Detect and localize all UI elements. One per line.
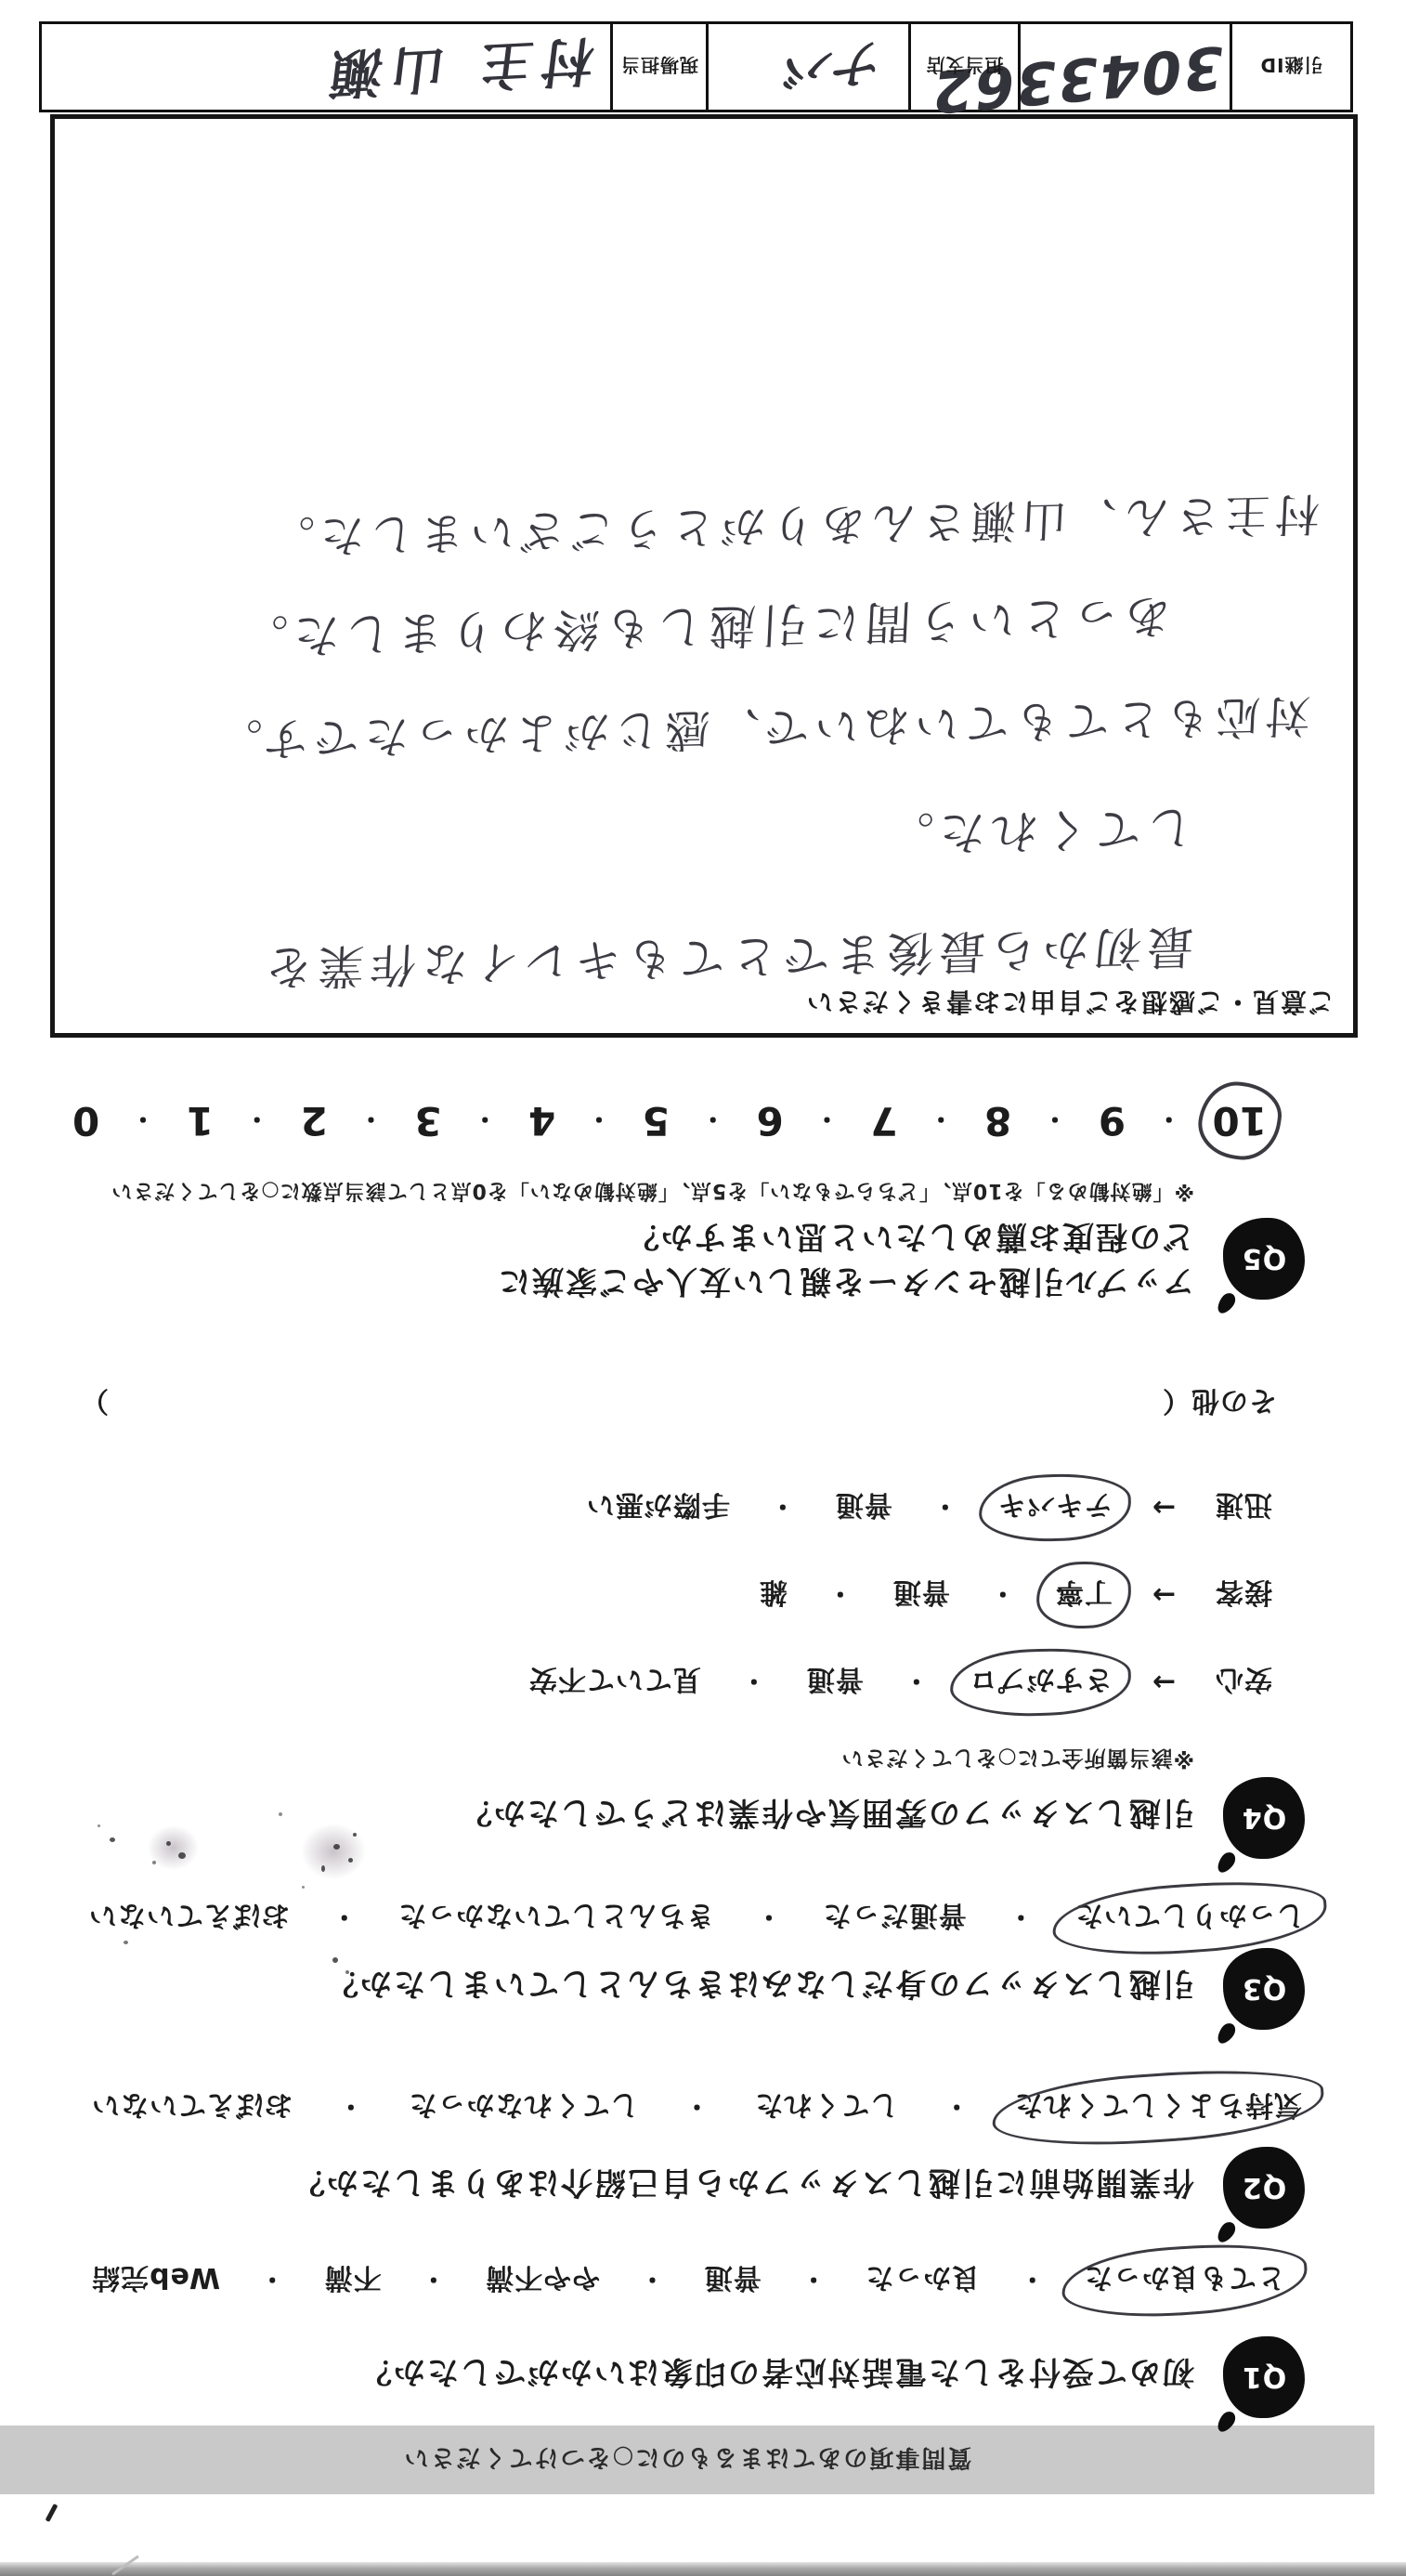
q4-other-row: その他（ ） — [80, 1383, 1277, 1424]
separator-dot: ・ — [1007, 1900, 1034, 1937]
q5-heading-line2: どの程度お薦めしたいと思いますか？ — [626, 1217, 1194, 1262]
id-value-cell: 3043362 — [1018, 24, 1230, 110]
q4-row-label: 迅速 — [1215, 1487, 1272, 1528]
q3-option-selected: しっかりしていた — [1074, 1898, 1305, 1939]
q1-option: やや不満 — [485, 2260, 600, 2301]
scan-edge-shadow — [0, 2562, 1406, 2576]
staff-value-cell: 村主 山瀬 — [42, 24, 610, 110]
separator-dot: ・ — [755, 1900, 782, 1937]
separator-dot: ・ — [683, 2089, 710, 2126]
q5-heading-line1: アップル引越センターを親しい友人やご家族に — [497, 1262, 1194, 1307]
arrow-icon: → — [1152, 1579, 1176, 1612]
separator-dot: ・ — [740, 1664, 767, 1701]
separator-dot: ・ — [337, 2089, 364, 2126]
q4-row-option: 普通 — [806, 1662, 864, 1703]
q1-option: 普通 — [704, 2260, 762, 2301]
q5-scale-row: 10 ・ 9 ・ 8 ・ 7 ・ 6 ・ 5 ・ 4 ・ 3 ・ 2 ・ 1 ・… — [72, 1098, 1267, 1144]
q5-badge-label: Q5 — [1242, 1243, 1286, 1275]
hikitsugi-id-label: 引継ID — [1259, 54, 1322, 81]
q1-badge-icon: Q1 — [1223, 2336, 1305, 2418]
separator-dot: ・ — [943, 2089, 970, 2126]
q1-option: 良かった — [865, 2260, 980, 2301]
q4-heading: 引越しスタッフの雰囲気や作業はどうでしたか？ — [459, 1793, 1194, 1838]
q4-note: ※該当箇所全てに○をしてください — [841, 1745, 1194, 1775]
instruction-bar: 質問事項のあてはまるものに○をつけてください — [0, 2426, 1374, 2494]
separator-dot: ・ — [769, 1489, 796, 1526]
separator-dot: ・ — [420, 2262, 447, 2299]
q4-row-anshin: 安心 → さすがプロ ・ 普通 ・ 見ていて不安 — [528, 1662, 1272, 1703]
q5-scale-value: 2 — [301, 1098, 328, 1144]
q3-badge-label: Q3 — [1242, 1973, 1286, 2006]
scan-stain — [78, 1786, 394, 1981]
q5-scale-value: 8 — [984, 1098, 1011, 1144]
q4-other-open: その他（ — [1162, 1383, 1277, 1424]
separator-dot: ・ — [814, 1103, 840, 1140]
q2-option-selected: 気持ちよくしてくれた — [1014, 2087, 1302, 2128]
q1-badge-label: Q1 — [1242, 2361, 1286, 2394]
q5-scale-value: 1 — [187, 1098, 214, 1144]
separator-dot: ・ — [1156, 1103, 1182, 1140]
q5-scale-value: 6 — [757, 1098, 784, 1144]
separator-dot: ・ — [800, 2262, 827, 2299]
q3-option: 普通だった — [823, 1898, 967, 1939]
q3-option: きちんとしていなかった — [397, 1898, 714, 1939]
separator-dot: ・ — [1042, 1103, 1068, 1140]
q4-row-label: 接客 — [1215, 1575, 1272, 1615]
scanned-survey-page: 質問事項のあてはまるものに○をつけてください Q1 初めて受付をした電話対応者の… — [0, 0, 1406, 2576]
q4-row-sekkyaku: 接客 → 丁寧 ・ 普通 ・ 雑 — [759, 1575, 1272, 1615]
q3-badge-icon: Q3 — [1223, 1948, 1305, 2030]
id-label-cell: 引継ID — [1230, 24, 1350, 110]
q1-option: Web完結 — [91, 2260, 220, 2301]
q5-scale-value: 9 — [1099, 1098, 1126, 1144]
separator-dot: ・ — [1019, 2262, 1046, 2299]
staff-label-cell: 現場担当 — [610, 24, 706, 110]
q4-row-option: 普通 — [892, 1575, 950, 1615]
q2-heading: 作業開始前に引越しスタッフから自己紹介はありましたか？ — [292, 2163, 1194, 2208]
q5-scale-selected: 10 — [1213, 1098, 1267, 1144]
separator-dot: ・ — [928, 1103, 954, 1140]
q4-row-selected: テキパキ — [997, 1487, 1113, 1528]
ink-speck — [46, 2504, 59, 2522]
q4-badge-label: Q4 — [1242, 1802, 1286, 1835]
branch-label: 担当支店 — [926, 54, 1004, 81]
q1-option: 不満 — [324, 2260, 382, 2301]
arrow-icon: → — [1152, 1492, 1176, 1524]
separator-dot: ・ — [472, 1103, 498, 1140]
branch-label-cell: 担当支店 — [908, 24, 1018, 110]
q2-option: おぼえていない — [91, 2087, 293, 2128]
handwritten-branch: ナバ — [775, 30, 885, 111]
q5-scale-value: 5 — [643, 1098, 670, 1144]
separator-dot: ・ — [638, 2262, 665, 2299]
separator-dot: ・ — [244, 1103, 270, 1140]
q3-option: おぼえていない — [88, 1898, 290, 1939]
q1-option-selected: とても良かった — [1084, 2260, 1285, 2301]
separator-dot: ・ — [827, 1576, 853, 1614]
q4-row-option: 雑 — [759, 1575, 788, 1615]
q4-row-selected: さすがプロ — [969, 1662, 1113, 1703]
q3-heading: 引越しスタッフの身だしなみはきちんとしていましたか？ — [325, 1964, 1194, 2009]
q4-row-jinsoku: 迅速 → テキパキ ・ 普通 ・ 手際が悪い — [586, 1487, 1272, 1528]
handwritten-comment-line: してくれた。 — [879, 797, 1194, 871]
separator-dot: ・ — [989, 1576, 1016, 1614]
q4-row-option: 見ていて不安 — [528, 1662, 701, 1703]
q1-options: とても良かった ・ 良かった ・ 普通 ・ やや不満 ・ 不満 ・ Web完結 — [91, 2260, 1285, 2301]
q2-badge-label: Q2 — [1242, 2172, 1286, 2204]
id-table: 引継ID 3043362 担当支店 ナバ 現場担当 村主 山瀬 — [39, 21, 1353, 112]
q3-options: しっかりしていた ・ 普通だった ・ きちんとしていなかった ・ おぼえていない — [88, 1898, 1305, 1939]
q4-other-close: ） — [80, 1383, 109, 1424]
q4-row-label: 安心 — [1215, 1662, 1272, 1703]
q2-badge-icon: Q2 — [1223, 2147, 1305, 2229]
q4-row-option: 手際が悪い — [586, 1487, 730, 1528]
separator-dot: ・ — [586, 1103, 612, 1140]
q2-option: してくれなかった — [409, 2087, 639, 2128]
separator-dot: ・ — [931, 1489, 958, 1526]
q5-scale-value: 3 — [414, 1098, 441, 1144]
q5-scale-value: 4 — [528, 1098, 555, 1144]
separator-dot: ・ — [903, 1664, 930, 1701]
staff-label: 現場担当 — [620, 54, 698, 81]
handwritten-staff-signature: 村主 山瀬 — [317, 26, 598, 115]
q4-row-selected: 丁寧 — [1055, 1575, 1113, 1615]
upside-down-document: 質問事項のあてはまるものに○をつけてください Q1 初めて受付をした電話対応者の… — [0, 0, 1406, 2576]
q5-badge-icon: Q5 — [1223, 1218, 1305, 1300]
separator-dot: ・ — [258, 2262, 285, 2299]
separator-dot: ・ — [331, 1900, 358, 1937]
comment-box: ご意見・ご感想をご自由にお書きください 最初から最後までとてもキレイな作業を し… — [50, 114, 1358, 1038]
handwritten-comment-line: あっという間に引越しも終わりました。 — [234, 586, 1173, 674]
q4-row-option: 普通 — [835, 1487, 892, 1528]
handwritten-comment-line: 村主さん、山瀬さんありがとうございました。 — [263, 485, 1321, 573]
q5-scale-value: 0 — [72, 1098, 99, 1144]
q4-badge-icon: Q4 — [1223, 1777, 1305, 1859]
q5-scale-value: 7 — [870, 1098, 897, 1144]
handwritten-comment-line: 対応もとてもていねいで、感じがよかったです。 — [210, 687, 1311, 777]
separator-dot: ・ — [358, 1103, 384, 1140]
instruction-text: 質問事項のあてはまるものに○をつけてください — [403, 2443, 972, 2478]
branch-value-cell: ナバ — [706, 24, 908, 110]
q1-heading: 初めて受付をした電話対応者の印象はいかがでしたか？ — [358, 2352, 1194, 2398]
q2-option: してくれた — [754, 2087, 898, 2128]
q5-note: ※「絶対勧める」を10点、「どちらでもない」を5点、「絶対勧めない」を0点として… — [111, 1178, 1194, 1207]
separator-dot: ・ — [700, 1103, 726, 1140]
separator-dot: ・ — [130, 1103, 156, 1140]
arrow-icon: → — [1152, 1667, 1176, 1699]
q2-options: 気持ちよくしてくれた ・ してくれた ・ してくれなかった ・ おぼえていない — [91, 2087, 1302, 2128]
